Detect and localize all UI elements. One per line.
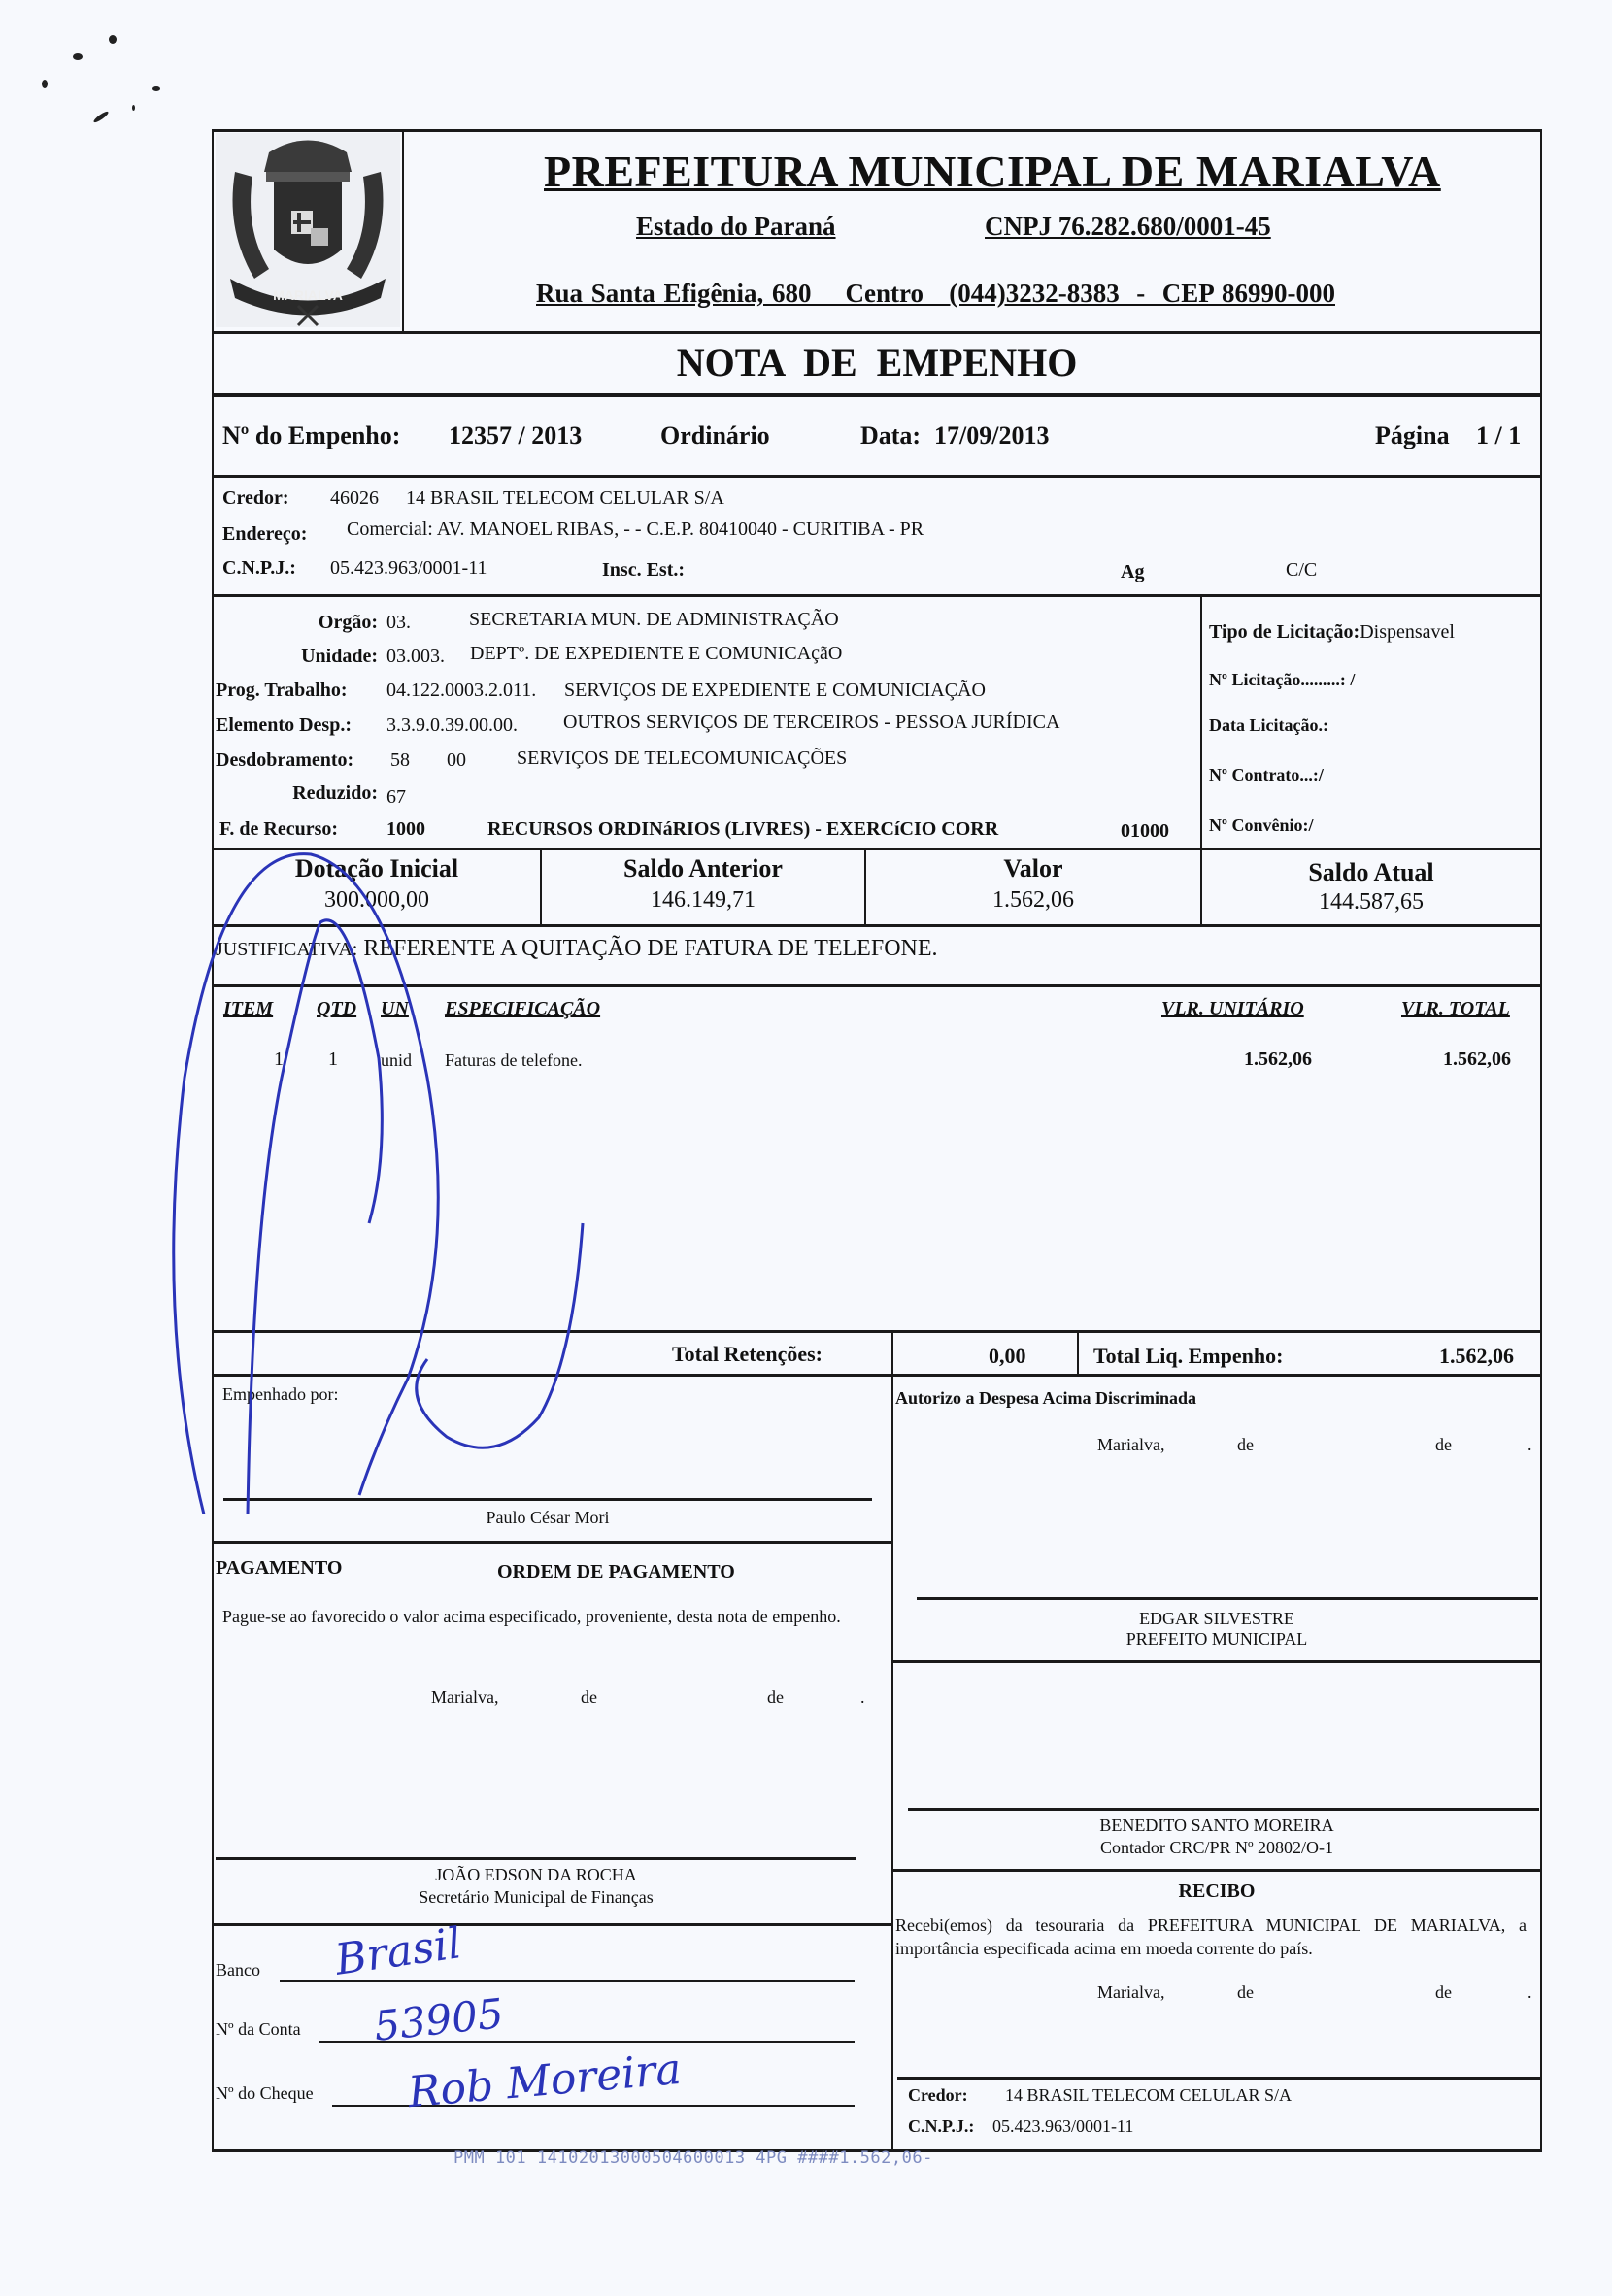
desdobramento-label: Desdobramento: [216, 749, 353, 772]
page-label: Página [1375, 421, 1450, 450]
saldo-atual-label: Saldo Atual [1202, 858, 1540, 887]
retentions-value: 0,00 [989, 1344, 1026, 1369]
mayor-title: PREFEITO MUNICIPAL [893, 1629, 1540, 1649]
coat-of-arms-logo: MARIALVA [216, 133, 400, 327]
account-number-label: Nº da Conta [216, 2019, 301, 2040]
element-description: OUTROS SERVIÇOS DE TERCEIROS - PESSOA JU… [563, 712, 1059, 734]
payment-text: Pague-se ao favorecido o valor acima esp… [222, 1606, 854, 1627]
receipt-place: Marialva, [1097, 1982, 1164, 2003]
receipt-text: Recebi(emos) da tesouraria da PREFEITURA… [895, 1913, 1527, 1960]
frame-top [212, 129, 1542, 132]
page-number: 1 / 1 [1476, 421, 1521, 450]
contract-number: Nº Contrato...:/ [1209, 765, 1324, 785]
col-vlr-unit: VLR. UNITÁRIO [1161, 998, 1304, 1020]
orgao-label: Orgão: [213, 612, 378, 634]
orgao-description: SECRETARIA MUN. DE ADMINISTRAÇÃO [469, 609, 839, 631]
cnpj-label: C.N.P.J.: [222, 557, 296, 580]
finance-secretary-title: Secretário Municipal de Finanças [216, 1887, 856, 1908]
saldo-atual-value: 144.587,65 [1202, 889, 1540, 915]
agreement-number: Nº Convênio:/ [1209, 815, 1313, 836]
authorize-dot: . [1528, 1435, 1532, 1455]
scan-speck [152, 86, 160, 91]
empenho-type: Ordinário [660, 421, 770, 450]
receipt-dot: . [1528, 1982, 1532, 2003]
col-vlr-total: VLR. TOTAL [1401, 998, 1510, 1020]
bank-section-divider [212, 1923, 891, 1926]
receipt-cnpj-label: C.N.P.J.: [908, 2116, 974, 2137]
licitacao-type-label: Tipo de Licitação: [1209, 621, 1360, 643]
creditor-name: 14 BRASIL TELECOM CELULAR S/A [406, 487, 724, 510]
program-description: SERVIÇOS DE EXPEDIENTE E COMUNICIAÇÃO [564, 680, 986, 702]
element-label: Elemento Desp.: [216, 715, 352, 737]
authorize-de-1: de [1237, 1435, 1254, 1455]
mayor-name: EDGAR SILVESTRE [893, 1609, 1540, 1629]
state-registration-label: Insc. Est.: [602, 559, 685, 582]
scan-speck [92, 110, 110, 123]
payment-de-2: de [767, 1687, 784, 1708]
payment-dot: . [860, 1687, 865, 1708]
scan-speck [132, 105, 135, 111]
account-label: C/C [1286, 559, 1317, 582]
svg-text:MARIALVA: MARIALVA [273, 287, 343, 303]
unidade-label: Unidade: [213, 646, 378, 668]
empenho-date: 17/09/2013 [934, 421, 1049, 450]
scan-speck [42, 80, 48, 88]
prefeito-divider [891, 1660, 1542, 1663]
recibo-credor-divider [897, 2077, 1542, 2080]
licitacao-date: Data Licitação.: [1209, 715, 1328, 736]
payment-label: PAGAMENTO [216, 1557, 342, 1580]
receipt-title: RECIBO [893, 1880, 1540, 1903]
item-unit-value: 1.562,06 [1244, 1048, 1312, 1071]
totais-divider-2 [1077, 1330, 1079, 1375]
reduzido-code: 67 [386, 786, 406, 809]
licitacao-type-value: Dispensavel [1360, 621, 1455, 643]
finance-secretary-name: JOÃO EDSON DA ROCHA [216, 1865, 856, 1885]
scan-speck [109, 35, 117, 44]
coat-of-arms-icon: MARIALVA [216, 133, 400, 327]
licitacao-type: Tipo de Licitação:Dispensavel [1209, 621, 1455, 644]
recibo-divider [891, 1869, 1542, 1872]
municipality-address: Rua Santa Efigênia, 680 Centro (044)3232… [536, 279, 1335, 309]
program-label: Prog. Trabalho: [216, 680, 348, 702]
program-code: 04.122.0003.2.011. [386, 680, 536, 702]
receipt-creditor-name: 14 BRASIL TELECOM CELULAR S/A [1005, 2085, 1292, 2106]
check-number-label: Nº do Cheque [216, 2083, 314, 2104]
bank-handwritten: Brasil [332, 1918, 464, 1985]
bank-authentication-code: PMM 101 14102013000504600013 4PG ####1.5… [453, 2148, 933, 2168]
item-total-value: 1.562,06 [1443, 1048, 1511, 1071]
orgao-code: 03. [386, 612, 411, 634]
payment-order-title: ORDEM DE PAGAMENTO [497, 1561, 735, 1583]
authorize-de-2: de [1435, 1435, 1452, 1455]
reduzido-label: Reduzido: [213, 782, 378, 805]
retentions-label: Total Retenções: [672, 1342, 823, 1367]
empenho-number: 12357 / 2013 [449, 421, 582, 450]
contador-signature-line [908, 1808, 1539, 1811]
municipality-cnpj: CNPJ 76.282.680/0001-45 [985, 212, 1271, 242]
element-code: 3.3.9.0.39.00.00. [386, 715, 518, 737]
receipt-cnpj: 05.423.963/0001-11 [992, 2116, 1133, 2137]
logo-divider [402, 129, 404, 333]
secretario-signature-line [216, 1857, 856, 1860]
desdobramento-code-1: 58 [390, 749, 410, 772]
pen-circle-mark [165, 835, 670, 1514]
title-divider [212, 393, 1542, 397]
totais-divider-1 [891, 1330, 893, 2150]
empenho-date-label: Data: [860, 421, 921, 450]
creditor-code: 46026 [330, 487, 379, 510]
credor-divider [212, 594, 1542, 597]
frame-right [1540, 129, 1542, 2151]
unidade-description: DEPTº. DE EXPEDIENTE E COMUNICAçãO [470, 643, 842, 665]
payment-de-1: de [581, 1687, 597, 1708]
accountant-title: Contador CRC/PR Nº 20802/O-1 [893, 1838, 1540, 1858]
net-total-label: Total Liq. Empenho: [1093, 1344, 1283, 1369]
valor-label: Valor [866, 854, 1200, 883]
pagamento-divider-left [212, 1541, 891, 1544]
scan-speck [73, 53, 83, 60]
authorize-label: Autorizo a Despesa Acima Discriminada [895, 1388, 1196, 1409]
receipt-de-2: de [1435, 1982, 1452, 2003]
valor-value: 1.562,06 [866, 887, 1200, 914]
licitacao-number: Nº Licitação.........: / [1209, 670, 1355, 690]
desdobramento-code-2: 00 [447, 749, 466, 772]
creditor-cnpj: 05.423.963/0001-11 [330, 557, 487, 580]
payment-place: Marialva, [431, 1687, 498, 1708]
accountant-name: BENEDITO SANTO MOREIRA [893, 1815, 1540, 1836]
empenho-divider [212, 475, 1542, 478]
receipt-creditor-label: Credor: [908, 2085, 968, 2106]
municipality-title: PREFEITURA MUNICIPAL DE MARIALVA [544, 146, 1441, 197]
licitacao-divider [1200, 594, 1202, 849]
agency-label: Ag [1121, 561, 1144, 583]
prefeito-signature-line [917, 1597, 1538, 1600]
bank-label: Banco [216, 1960, 260, 1980]
creditor-label: Credor: [222, 487, 289, 510]
creditor-address: Comercial: AV. MANOEL RIBAS, - - C.E.P. … [347, 518, 924, 541]
unidade-code: 03.003. [386, 646, 445, 668]
address-label: Endereço: [222, 523, 307, 546]
document-title: NOTA DE EMPENHO [212, 340, 1542, 385]
authorize-place: Marialva, [1097, 1435, 1164, 1455]
state-label: Estado do Paraná [636, 212, 836, 242]
resource-number: 01000 [1121, 820, 1169, 843]
desdobramento-description: SERVIÇOS DE TELECOMUNICAÇÕES [517, 748, 847, 770]
header-divider [212, 331, 1542, 334]
net-total-value: 1.562,06 [1439, 1344, 1514, 1369]
empenho-number-label: Nº do Empenho: [222, 421, 400, 450]
receipt-de-1: de [1237, 1982, 1254, 2003]
